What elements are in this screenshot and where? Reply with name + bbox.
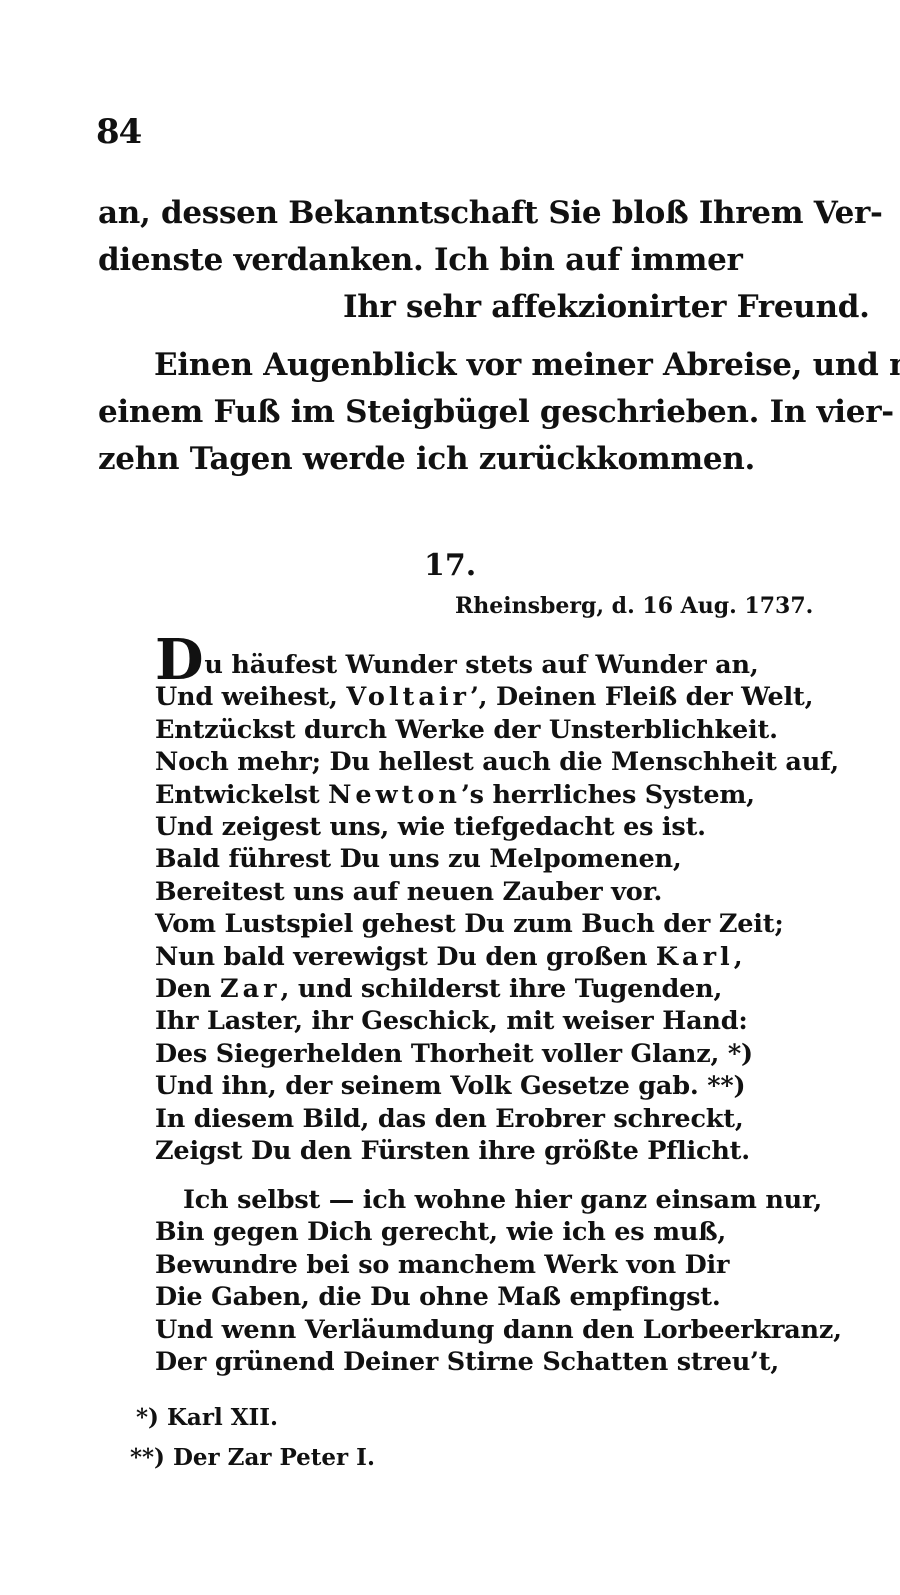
poem-line: Der grünend Deiner Stirne Schatten streu… [155,1346,815,1378]
poem-line: Und weihest, Voltair’, Deinen Fleiß der … [155,681,815,713]
poem-line: Und wenn Verläumdung dann den Lorbeerkra… [155,1314,815,1346]
poem-line: Ich selbst — ich wohne hier ganz einsam … [155,1184,815,1216]
footnote: *) Karl XII. [130,1398,375,1438]
letter-closing-paragraph: an, dessen Bekanntschaft Sie bloß Ihrem … [98,190,810,331]
emphasized-name: Zar [220,974,281,1004]
poem-line: Die Gaben, die Du ohne Maß empfingst. [155,1281,815,1313]
poem-line: Zeigst Du den Fürsten ihre größte Pflich… [155,1135,815,1167]
poem-line: Den Zar, und schilderst ihre Tugenden, [155,973,815,1005]
emphasized-name: Karl [656,942,734,972]
footnote-marker: **) [130,1444,165,1471]
poem-stanza-1: Du häufest Wunder stets auf Wunder an, U… [155,640,815,1168]
footnote-text: Karl XII. [167,1404,278,1431]
poem-line: In diesem Bild, das den Erobrer schreckt… [155,1103,815,1135]
footnote-marker: *) [136,1404,159,1431]
text-line: zehn Tagen werde ich zurückkommen. [98,436,810,483]
poem-line: Des Siegerhelden Thorheit voller Glanz, … [155,1038,815,1070]
poem-line: Du häufest Wunder stets auf Wunder an, [155,640,815,681]
poem-line: Entzückst durch Werke der Unsterblichkei… [155,714,815,746]
poem-line: Noch mehr; Du hellest auch die Menschhei… [155,746,815,778]
letter-number-heading: 17. [424,548,476,583]
text-line: einem Fuß im Steigbügel geschrieben. In … [98,389,810,436]
poem-line: Ihr Laster, ihr Geschick, mit weiser Han… [155,1005,815,1037]
footnote-text: Der Zar Peter I. [173,1444,375,1471]
poem-line: Bereitest uns auf neuen Zauber vor. [155,876,815,908]
emphasized-name: Voltair [346,682,470,712]
letter-signoff: Ihr sehr affekzionirter Freund. [98,284,810,331]
poem-line: Bald führest Du uns zu Melpomenen, [155,843,815,875]
poem-stanza-2: Ich selbst — ich wohne hier ganz einsam … [155,1184,815,1378]
page-number: 84 [96,112,141,152]
book-page: 84 an, dessen Bekanntschaft Sie bloß Ihr… [0,0,900,1595]
text-line: Einen Augenblick vor meiner Abreise, und… [98,342,810,389]
postscript-paragraph: Einen Augenblick vor meiner Abreise, und… [98,342,810,483]
poem-line: Nun bald verewigst Du den großen Karl, [155,941,815,973]
text-line: an, dessen Bekanntschaft Sie bloß Ihrem … [98,190,810,237]
footnotes: *) Karl XII. **) Der Zar Peter I. [130,1398,375,1478]
poem-line: Entwickelst Newton’s herrliches System, [155,779,815,811]
poem-line: Und zeigest uns, wie tiefgedacht es ist. [155,811,815,843]
emphasized-name: Newton [328,780,461,810]
poem-line: Vom Lustspiel gehest Du zum Buch der Zei… [155,908,815,940]
poem-line: Bewundre bei so manchem Werk von Dir [155,1249,815,1281]
footnote: **) Der Zar Peter I. [130,1438,375,1478]
poem-line: Und ihn, der seinem Volk Gesetze gab. **… [155,1070,815,1102]
letter-dateline: Rheinsberg, d. 16 Aug. 1737. [455,593,813,619]
poem-line: Bin gegen Dich gerecht, wie ich es muß, [155,1216,815,1248]
text-line: dienste verdanken. Ich bin auf immer [98,237,810,284]
